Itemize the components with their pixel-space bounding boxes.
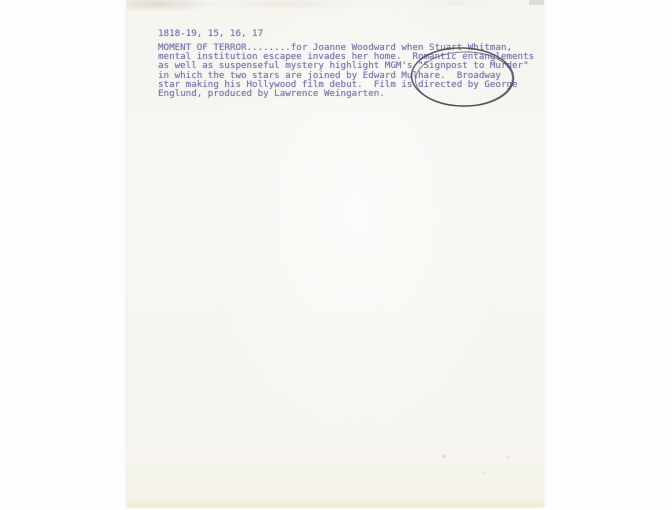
- paper-speck: [442, 455, 446, 458]
- typed-paragraph: MOMENT OF TERROR........for Joanne Woodw…: [158, 43, 534, 98]
- paper-sheet: 1818-19, 15, 16, 17 MOMENT OF TERROR....…: [127, 0, 544, 507]
- paper-speck: [481, 472, 485, 474]
- typed-line: Englund, produced by Lawrence Weingarten…: [158, 89, 534, 98]
- reference-number: 1818-19, 15, 16, 17: [158, 29, 263, 38]
- scan-background: 1818-19, 15, 16, 17 MOMENT OF TERROR....…: [0, 0, 672, 510]
- background-notch: [529, 0, 544, 5]
- paper-speck: [507, 456, 510, 459]
- paper-bottom-edge: [127, 498, 544, 507]
